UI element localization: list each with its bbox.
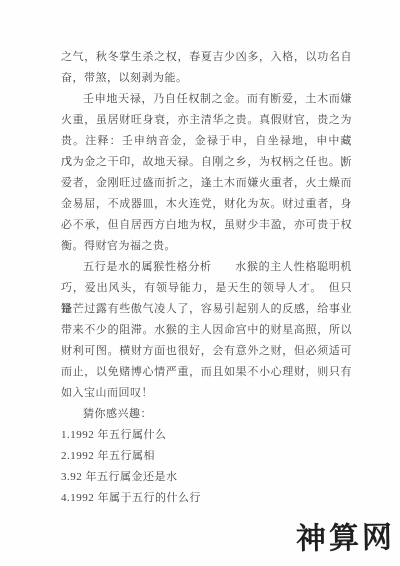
text-line: 财利可图。横财方面也很好，会有意外之财，但必须适可 [61,341,352,362]
text-line: 如入宝山而回叹！ [61,383,352,404]
text-line: 奋，带煞，以刻剥为能。 [61,68,352,89]
related-item-link[interactable]: 1.1992 年五行属什么 [61,425,352,446]
related-heading: 猜你感兴趣： [61,404,352,425]
document-page: 之气，秋冬掌生杀之权，春夏吉少凶多，入格，以功名自 奋，带煞，以刻剥为能。 壬申… [0,0,400,566]
related-list: 1.1992 年五行属什么 2.1992 年五行属相 3.92 年五行属金还是水… [61,425,352,509]
article-text: 之气，秋冬掌生杀之权，春夏吉少凶多，入格，以功名自 奋，带煞，以刻剥为能。 壬申… [61,47,352,509]
text-line: 金易屈，不成器皿，木火连党，财化为灰。财过重者，身 [61,194,352,215]
related-item-link[interactable]: 4.1992 年属于五行的什么行 [61,488,352,509]
text-line: 爱者，金刚旺过盛而折之，逢土木而嫌火重者，火土燥而 [61,173,352,194]
text-line: 贵。注释：壬申纳音金，金禄于申，自坐禄地，申中藏戊， [61,131,352,152]
text-line: 衡。得财官为福之贵。 [61,236,352,257]
article-lines: 之气，秋冬掌生杀之权，春夏吉少凶多，入格，以功名自 奋，带煞，以刻剥为能。 壬申… [61,47,352,404]
shensuan-watermark: 神算网 [296,517,400,561]
text-line: 巧，爱出风头，有领导能力，是天生的领导人才。 但只是 [61,278,352,299]
text-line: 戊为金之干印，故地天禄。自刚之乡，为权柄之任也。断 [61,152,352,173]
text-line: 锋芒过露有些傲气凌人了，容易引起别人的反感，给事业 [61,299,352,320]
text-line: 必不承，但自居西方白地为权，虽财少丰盈，亦可贵于权 [61,215,352,236]
related-item-link[interactable]: 3.92 年五行属金还是水 [61,467,352,488]
text-line: 带来不少的阻滞。水猴的主人因命宫中的财星高照，所以 [61,320,352,341]
text-line: 而止，以免赌博心情严重，而且如果不小心理财，则只有 [61,362,352,383]
related-item-link[interactable]: 2.1992 年五行属相 [61,446,352,467]
text-line: 火重，虽居财旺身衰，亦主清华之贵。真假财官，贵之为 [61,110,352,131]
text-line: 壬申地天禄，乃自任权制之金。而有断爱，土木而嫌 [61,89,352,110]
text-line: 之气，秋冬掌生杀之权，春夏吉少凶多，入格，以功名自 [61,47,352,68]
text-line: 五行是水的属猴性格分析 水猴的主人性格聪明机 [61,257,352,278]
